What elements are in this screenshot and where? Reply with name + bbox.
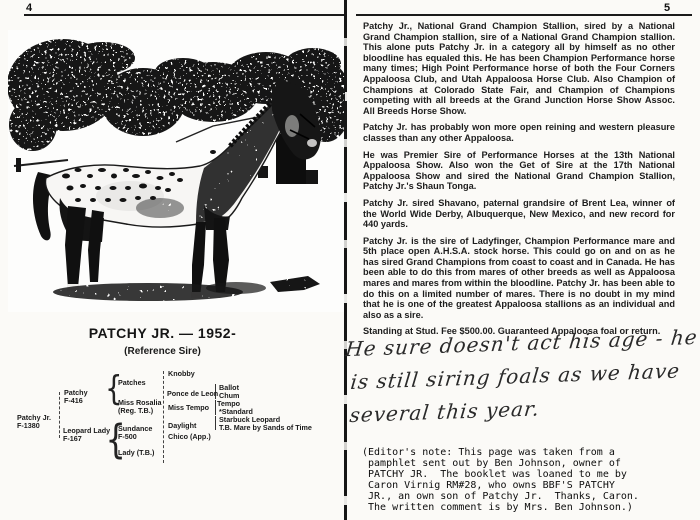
scanned-book-spread: 4: [0, 0, 700, 520]
editors-note-line: JR., an own son of Patchy Jr. Thanks, Ca…: [362, 491, 639, 502]
paragraph: Patchy Jr., National Grand Champion Stal…: [363, 21, 675, 116]
pedigree-name: Miss Tempo: [168, 404, 209, 412]
pedigree-name: Ponce de Leon: [167, 390, 218, 398]
pedigree-entry: Miss Rosalia (Reg. T.B.): [118, 399, 162, 415]
pedigree-entry: Sundance F-500: [118, 425, 152, 441]
horse-photo-art: [8, 30, 345, 312]
editors-note-line: (Editor's note: This page was taken from…: [362, 447, 639, 458]
pedigree-entry: Miss Tempo: [168, 404, 209, 412]
left-header-rule: [24, 14, 344, 16]
pedigree-entry: Daylight: [168, 422, 196, 430]
pedigree-entry: T.B. Mare by Sands of Time: [219, 424, 312, 432]
pedigree-name: Patches: [118, 379, 146, 387]
editors-note-line: Caron Virnig RM#28, who owns BBF'S PATCH…: [362, 480, 639, 491]
pedigree-connector: [163, 371, 164, 463]
paragraph: Patchy Jr. sired Shavano, paternal grand…: [363, 198, 675, 230]
horse-photo: [8, 30, 345, 312]
pedigree-entry: Knobby: [168, 370, 195, 378]
page-gutter-line: [344, 0, 347, 520]
pedigree-entry: Chico (App.): [168, 433, 211, 441]
pedigree-title: PATCHY JR. — 1952-: [30, 325, 295, 341]
pedigree-reg: F-416: [64, 397, 88, 405]
editors-note-line: PATCHY JR. The booklet was loaned to me …: [362, 469, 639, 480]
handwritten-note: He sure doesn't act his age - he is stil…: [344, 325, 700, 436]
pamphlet-text-column: Patchy Jr., National Grand Champion Stal…: [363, 21, 675, 343]
right-page-number: 5: [664, 2, 670, 14]
paragraph: He was Premier Sire of Performance Horse…: [363, 150, 675, 192]
pedigree-connector: [59, 392, 60, 438]
pedigree-reg: F-1380: [17, 422, 51, 430]
pedigree-entry: Patchy Jr. F-1380: [17, 414, 51, 430]
paragraph: Patchy Jr. has probably won more open re…: [363, 122, 675, 143]
editors-note-line: The written comment is by Mrs. Ben Johns…: [362, 502, 639, 513]
editors-note: (Editor's note: This page was taken from…: [362, 447, 639, 513]
right-header-rule: [356, 14, 692, 16]
pedigree-name: Knobby: [168, 370, 195, 378]
pedigree-reg: F-500: [118, 433, 152, 441]
pedigree-subtitle: (Reference Sire): [30, 346, 295, 357]
pedigree-reg: F-167: [63, 435, 110, 443]
pedigree-entry: Leopard Lady F-167: [63, 427, 110, 443]
pedigree-entry: Lady (T.B.): [118, 449, 154, 457]
pedigree-name: Chico (App.): [168, 433, 211, 441]
pedigree-connector: [215, 400, 216, 415]
pedigree-name: Lady (T.B.): [118, 449, 154, 457]
pedigree-entry: Patches: [118, 379, 146, 387]
paragraph: Patchy Jr. is the sire of Ladyfinger, Ch…: [363, 236, 675, 321]
pedigree-connector: [215, 416, 216, 430]
left-page-number: 4: [26, 2, 32, 14]
pedigree-reg: (Reg. T.B.): [118, 407, 162, 415]
pedigree-entry: Ponce de Leon: [167, 390, 218, 398]
editors-note-line: pamphlet sent out by Ben Johnson, owner …: [362, 458, 639, 469]
pedigree-name: T.B. Mare by Sands of Time: [219, 424, 312, 432]
pedigree-name: Daylight: [168, 422, 196, 430]
pedigree-entry: Patchy F-416: [64, 389, 88, 405]
